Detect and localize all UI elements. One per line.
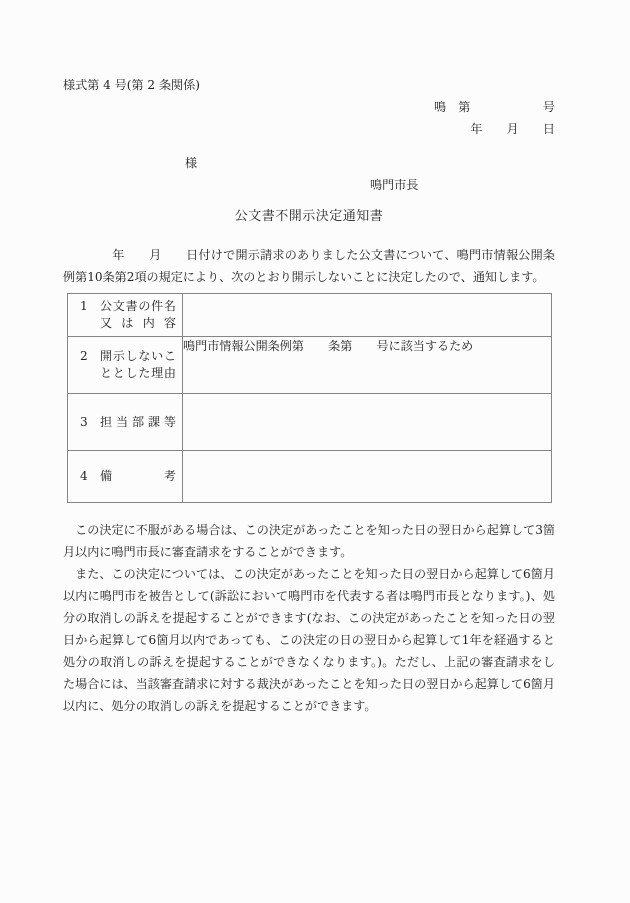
row-label-line: 又は内容 — [100, 315, 176, 332]
addressee-line: 様 — [63, 152, 555, 174]
row-number: 1 — [80, 298, 93, 315]
doc-number-line: 鳴 第 号 — [63, 96, 555, 118]
table-row: 3 担当部課等 — [68, 394, 552, 451]
row-number: 4 — [80, 468, 93, 485]
row-value-cell — [183, 451, 552, 503]
row-value-cell: 鳴門市情報公開条例第 条第 号に該当するため — [183, 337, 552, 394]
form-number: 様式第 4 号(第 2 条関係) — [63, 74, 555, 96]
row-number: 3 — [80, 414, 93, 431]
table-row: 2 開示しないこ ととした理由 鳴門市情報公開条例第 条第 号に該当するため — [68, 337, 552, 394]
appeal-note-2: また、この決定については、この決定があったことを知った日の翌日から起算して6箇月… — [63, 563, 555, 717]
table-row: 4 備考 — [68, 451, 552, 503]
intro-paragraph: 年 月 日付けで開示請求のありました公文書について、鳴門市情報公開条例第10条第… — [63, 244, 555, 288]
row-label-line: ととした理由 — [100, 365, 176, 382]
appeal-note-1: この決定に不服がある場合は、この決定があったことを知った日の翌日から起算して3箇… — [63, 519, 555, 563]
row-label-cell: 2 開示しないこ ととした理由 — [68, 337, 183, 394]
sender-line: 鳴門市長 — [63, 174, 555, 196]
page-title: 公文書不開示決定通知書 — [63, 206, 555, 228]
notice-table: 1 公文書の件名 又は内容 2 開示しないこ ととした理由 — [67, 293, 552, 503]
row-label-cell: 4 備考 — [68, 451, 183, 503]
row-number: 2 — [80, 348, 93, 365]
row-label-line: 担当部課等 — [100, 414, 176, 431]
row-value-cell — [183, 394, 552, 451]
row-label-cell: 3 担当部課等 — [68, 394, 183, 451]
row-label-line: 公文書の件名 — [100, 298, 176, 315]
appeal-notes: この決定に不服がある場合は、この決定があったことを知った日の翌日から起算して3箇… — [63, 519, 555, 717]
row-label-line: 開示しないこ — [100, 348, 176, 365]
document-page: 様式第 4 号(第 2 条関係) 鳴 第 号 年 月 日 様 鳴門市長 公文書不… — [0, 0, 630, 903]
date-line: 年 月 日 — [63, 118, 555, 140]
row-value-cell — [183, 294, 552, 337]
row-label-line: 備考 — [100, 468, 176, 485]
row-label-cell: 1 公文書の件名 又は内容 — [68, 294, 183, 337]
table-row: 1 公文書の件名 又は内容 — [68, 294, 552, 337]
